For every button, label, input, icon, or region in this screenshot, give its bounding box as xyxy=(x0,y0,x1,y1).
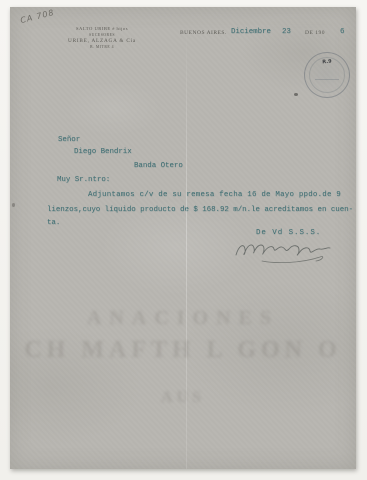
letter-paper: CA 708 SALTO URIBE é hijos SUCESORES URI… xyxy=(10,7,356,469)
dateline-city: BUENOS AIRES. xyxy=(180,30,227,36)
bleedthrough-line-2: CH MAFTH L GON O xyxy=(10,337,356,364)
dateline-typed-month: Diciembre xyxy=(231,28,271,36)
paper-speck xyxy=(294,93,298,96)
letterhead: SALTO URIBE é hijos SUCESORES URIBE, ALZ… xyxy=(40,26,164,49)
letterhead-line-3: URIBE, ALZAGA & Cía xyxy=(40,38,164,44)
postal-stamp-mark: R.9 xyxy=(322,59,332,66)
bleedthrough-line-3: AUS xyxy=(10,389,356,407)
letterhead-line-1: SALTO URIBE é hijos xyxy=(40,26,164,31)
dateline-typed-day: 23 xyxy=(282,28,291,36)
scan-background: CA 708 SALTO URIBE é hijos SUCESORES URI… xyxy=(0,0,367,480)
letterhead-line-4: B. MITRE 4 xyxy=(40,45,164,49)
archival-pencil-note: CA 708 xyxy=(19,8,55,25)
body-line-2: lienzos,cuyo líquido producto de $ 168.9… xyxy=(47,206,353,214)
recipient-place: Banda Otero xyxy=(134,162,183,170)
dateline-printed-de: DE 190 xyxy=(305,30,325,36)
letterhead-line-2: SUCESORES xyxy=(40,33,164,37)
body-line-1: Adjuntamos c/v de su remesa fecha 16 de … xyxy=(88,191,341,199)
greeting-line: Muy Sr.ntro: xyxy=(57,176,110,184)
recipient-name: Diego Bendrix xyxy=(74,148,132,156)
paper-speck xyxy=(12,203,15,207)
postal-stamp-divider xyxy=(315,79,339,80)
body-line-3: ta. xyxy=(47,219,60,227)
dateline-typed-year: 6 xyxy=(340,28,344,36)
recipient-salutation: Señor xyxy=(58,136,80,144)
postal-stamp: R.9 xyxy=(304,52,350,98)
paper-fold-crease xyxy=(186,7,187,469)
bleedthrough-line-1: ANACIONES xyxy=(10,307,356,330)
signature-handwriting xyxy=(232,236,337,268)
